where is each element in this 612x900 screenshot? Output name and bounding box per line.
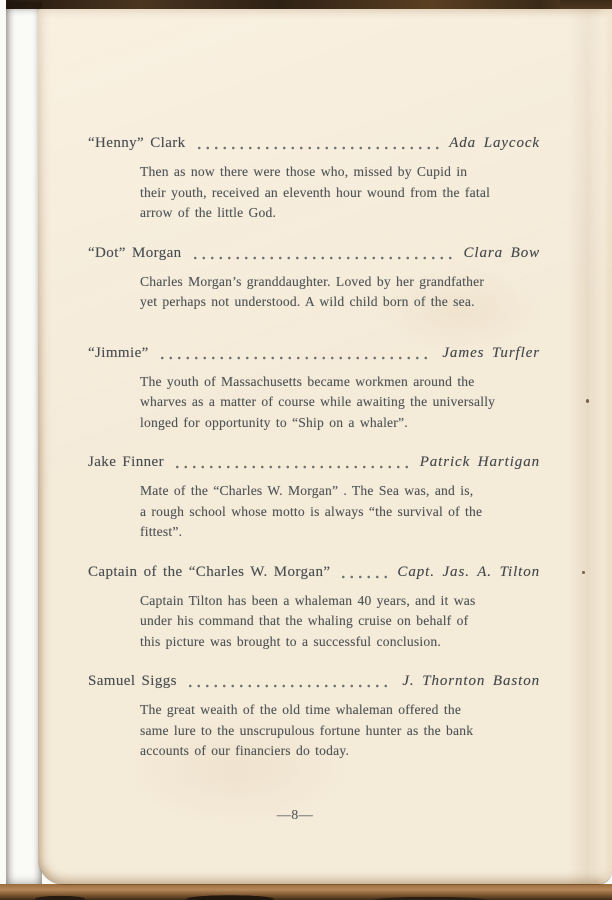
character-description: The great weaith of the old time whalema… xyxy=(140,700,512,762)
actor-name: Capt. Jas. A. Tilton xyxy=(397,562,540,582)
book-spine xyxy=(6,2,42,892)
actor-name: J. Thornton Baston xyxy=(402,671,540,691)
book-cover-bottom-edge xyxy=(0,884,612,900)
dot-leader xyxy=(173,452,411,472)
cast-entry: Captain of the “Charles W. Morgan” Capt.… xyxy=(88,562,540,653)
dot-leader xyxy=(195,133,441,153)
cast-entry: “Henny” Clark Ada Laycock Then as now th… xyxy=(88,133,540,224)
program-page: “Henny” Clark Ada Laycock Then as now th… xyxy=(38,9,612,884)
character-description: Mate of the “Charles W. Morgan” . The Se… xyxy=(140,481,512,543)
cast-list: “Henny” Clark Ada Laycock Then as now th… xyxy=(88,133,540,781)
actor-name: Clara Bow xyxy=(463,243,540,263)
cast-entry: Samuel Siggs J. Thornton Baston The grea… xyxy=(88,671,540,762)
character-description: Charles Morgan’s granddaughter. Loved by… xyxy=(140,272,512,313)
dot-leader xyxy=(191,243,455,263)
paper-speck xyxy=(582,571,585,574)
cast-entry-title: Captain of the “Charles W. Morgan” Capt.… xyxy=(88,562,540,582)
page-number: —8— xyxy=(255,808,335,824)
character-name: “Dot” Morgan xyxy=(88,243,182,263)
actor-name: James Turfler xyxy=(442,343,540,363)
paper-speck xyxy=(586,399,589,403)
actor-name: Ada Laycock xyxy=(449,133,540,153)
cast-entry-title: Samuel Siggs J. Thornton Baston xyxy=(88,671,540,691)
dot-leader xyxy=(339,562,388,582)
cast-entry: “Jimmie” James Turfler The youth of Mass… xyxy=(88,343,540,434)
actor-name: Patrick Hartigan xyxy=(420,452,540,472)
character-description: Captain Tilton has been a whaleman 40 ye… xyxy=(140,591,512,653)
character-name: Samuel Siggs xyxy=(88,671,177,691)
cast-entry-title: Jake Finner Patrick Hartigan xyxy=(88,452,540,472)
cast-entry: Jake Finner Patrick Hartigan Mate of the… xyxy=(88,452,540,543)
character-name: “Henny” Clark xyxy=(88,133,186,153)
dot-leader xyxy=(186,671,393,691)
character-name: “Jimmie” xyxy=(88,343,149,363)
character-description: Then as now there were those who, missed… xyxy=(140,162,512,224)
book-cover-top-edge xyxy=(6,0,612,9)
character-name: Captain of the “Charles W. Morgan” xyxy=(88,562,330,582)
cast-entry-title: “Jimmie” James Turfler xyxy=(88,343,540,363)
character-description: The youth of Massachusetts became workme… xyxy=(140,372,512,434)
character-name: Jake Finner xyxy=(88,452,164,472)
dot-leader xyxy=(158,343,434,363)
cast-entry-title: “Henny” Clark Ada Laycock xyxy=(88,133,540,153)
cast-entry: “Dot” Morgan Clara Bow Charles Morgan’s … xyxy=(88,243,540,313)
cast-entry-title: “Dot” Morgan Clara Bow xyxy=(88,243,540,263)
